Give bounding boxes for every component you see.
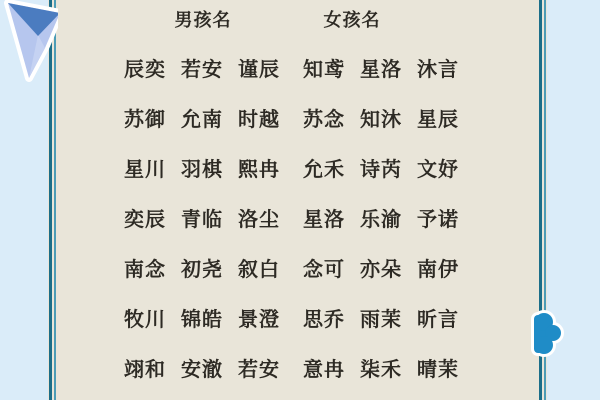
boy-names-cell: 南念 初尧 叙白 <box>124 253 280 282</box>
girl-names-cell: 知鸢 星洛 沐言 <box>303 53 459 82</box>
boy-names-cell: 星川 羽棋 熙冉 <box>124 153 280 182</box>
boy-names-cell: 奕辰 青临 洛尘 <box>124 203 280 232</box>
boy-names-cell: 翊和 安澈 若安 <box>124 353 280 382</box>
boy-column-header: 男孩名 <box>175 6 232 32</box>
baby-names-poster: 男孩名 女孩名 辰奕 若安 谨辰知鸢 星洛 沐言苏御 允南 时越苏念 知沐 星辰… <box>0 0 600 400</box>
boy-names-cell: 牧川 锦皓 景澄 <box>124 303 280 332</box>
girl-names-cell: 苏念 知沐 星辰 <box>303 103 459 132</box>
girl-names-cell: 思乔 雨茉 昕言 <box>303 303 459 332</box>
table-row: 苏御 允南 时越苏念 知沐 星辰 <box>0 103 600 127</box>
girl-names-cell: 意冉 柒禾 晴茉 <box>303 353 459 382</box>
girl-names-cell: 念可 亦朵 南伊 <box>303 253 459 282</box>
girl-column-header: 女孩名 <box>324 6 381 32</box>
table-row: 南念 初尧 叙白念可 亦朵 南伊 <box>0 253 600 277</box>
table-row: 星川 羽棋 熙冉允禾 诗芮 文妤 <box>0 153 600 177</box>
table-row: 翊和 安澈 若安意冉 柒禾 晴茉 <box>0 353 600 377</box>
girl-names-cell: 星洛 乐渝 予诺 <box>303 203 459 232</box>
boy-names-cell: 辰奕 若安 谨辰 <box>124 53 280 82</box>
table-row: 牧川 锦皓 景澄思乔 雨茉 昕言 <box>0 303 600 327</box>
girl-names-cell: 允禾 诗芮 文妤 <box>303 153 459 182</box>
paper-plane-icon <box>0 0 58 95</box>
table-row: 奕辰 青临 洛尘星洛 乐渝 予诺 <box>0 203 600 227</box>
boy-names-cell: 苏御 允南 时越 <box>124 103 280 132</box>
table-row: 辰奕 若安 谨辰知鸢 星洛 沐言 <box>0 53 600 77</box>
